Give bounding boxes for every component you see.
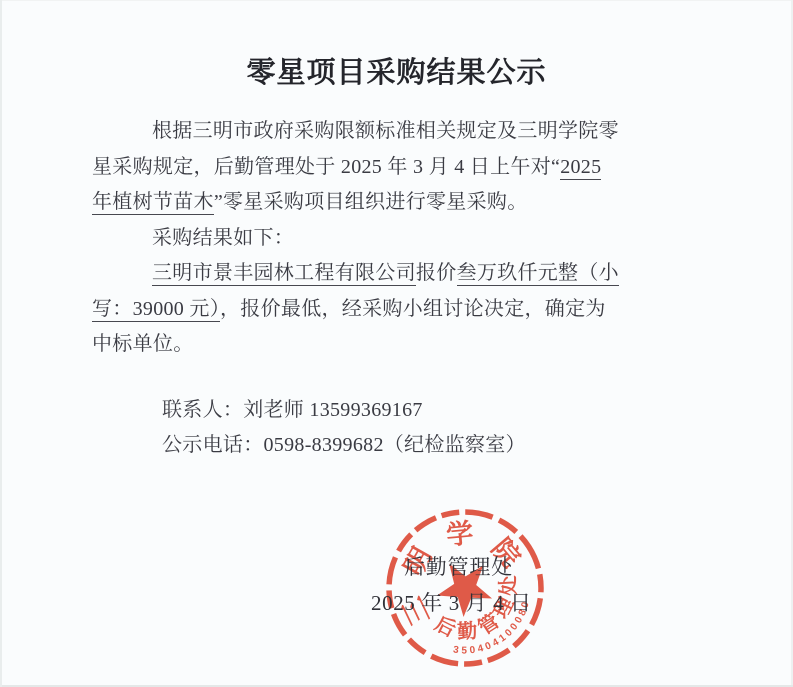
document-body: 根据三明市政府采购限额标准相关规定及三明学院零 星采购规定，后勤管理处于 202…	[0, 114, 793, 464]
contact-phone-line: 公示电话：0598-8399682（纪检监察室）	[92, 428, 699, 464]
body-line-6: 写：39000 元），报价最低，经采购小组讨论决定，确定为	[92, 292, 699, 328]
body-line-2: 星采购规定，后勤管理处于 2025 年 3 月 4 日上午对“2025	[92, 150, 699, 186]
seal-org-char: 学	[445, 518, 475, 550]
body-text-segment: ”零星采购项目组织进行零星采购。	[214, 191, 528, 213]
body-text-segment: 星采购规定，后勤管理处于 2025 年 3 月 4 日上午对“	[92, 156, 560, 178]
seal-code-digit: 0	[469, 645, 476, 657]
underlined-project-year: 2025	[560, 156, 601, 180]
body-text-segment: ，报价最低，经采购小组讨论决定，确定为	[220, 298, 606, 320]
underlined-project-name: 年植树节苗木	[92, 191, 214, 215]
underlined-company-name: 三明市景丰园林工程有限公司	[152, 262, 416, 286]
signature-department: 后勤管理处	[404, 551, 513, 581]
contact-person-line: 联系人：刘老师 13599369167	[92, 393, 699, 429]
document-title: 零星项目采购结果公示	[0, 54, 793, 92]
body-line-5: 三明市景丰园林工程有限公司报价叁万玖仟元整（小	[92, 256, 699, 292]
body-text-segment: 根据三明市政府采购限额标准相关规定及三明学院零	[152, 120, 619, 142]
body-line-1: 根据三明市政府采购限额标准相关规定及三明学院零	[92, 114, 699, 150]
signature-date: 2025 年 3 月 4 日	[371, 587, 532, 617]
body-text-segment: 报价	[416, 262, 457, 284]
underlined-price-words: 叁万玖仟元整（小	[457, 262, 619, 286]
seal-code-digit: 3	[452, 644, 460, 656]
scanned-document-page: 零星项目采购结果公示 根据三明市政府采购限额标准相关规定及三明学院零 星采购规定…	[0, 0, 793, 687]
seal-code-digit: 5	[461, 645, 467, 656]
body-text-segment: 采购结果如下：	[152, 227, 294, 249]
body-line-3: 年植树节苗木”零星采购项目组织进行零星采购。	[92, 185, 699, 221]
underlined-price-numeral: 写：39000 元）	[92, 298, 220, 322]
body-line-4: 采购结果如下：	[92, 221, 699, 257]
body-line-7: 中标单位。	[92, 327, 699, 363]
body-text-segment: 中标单位。	[92, 333, 194, 355]
contact-block: 联系人：刘老师 13599369167 公示电话：0598-8399682（纪检…	[92, 393, 699, 464]
